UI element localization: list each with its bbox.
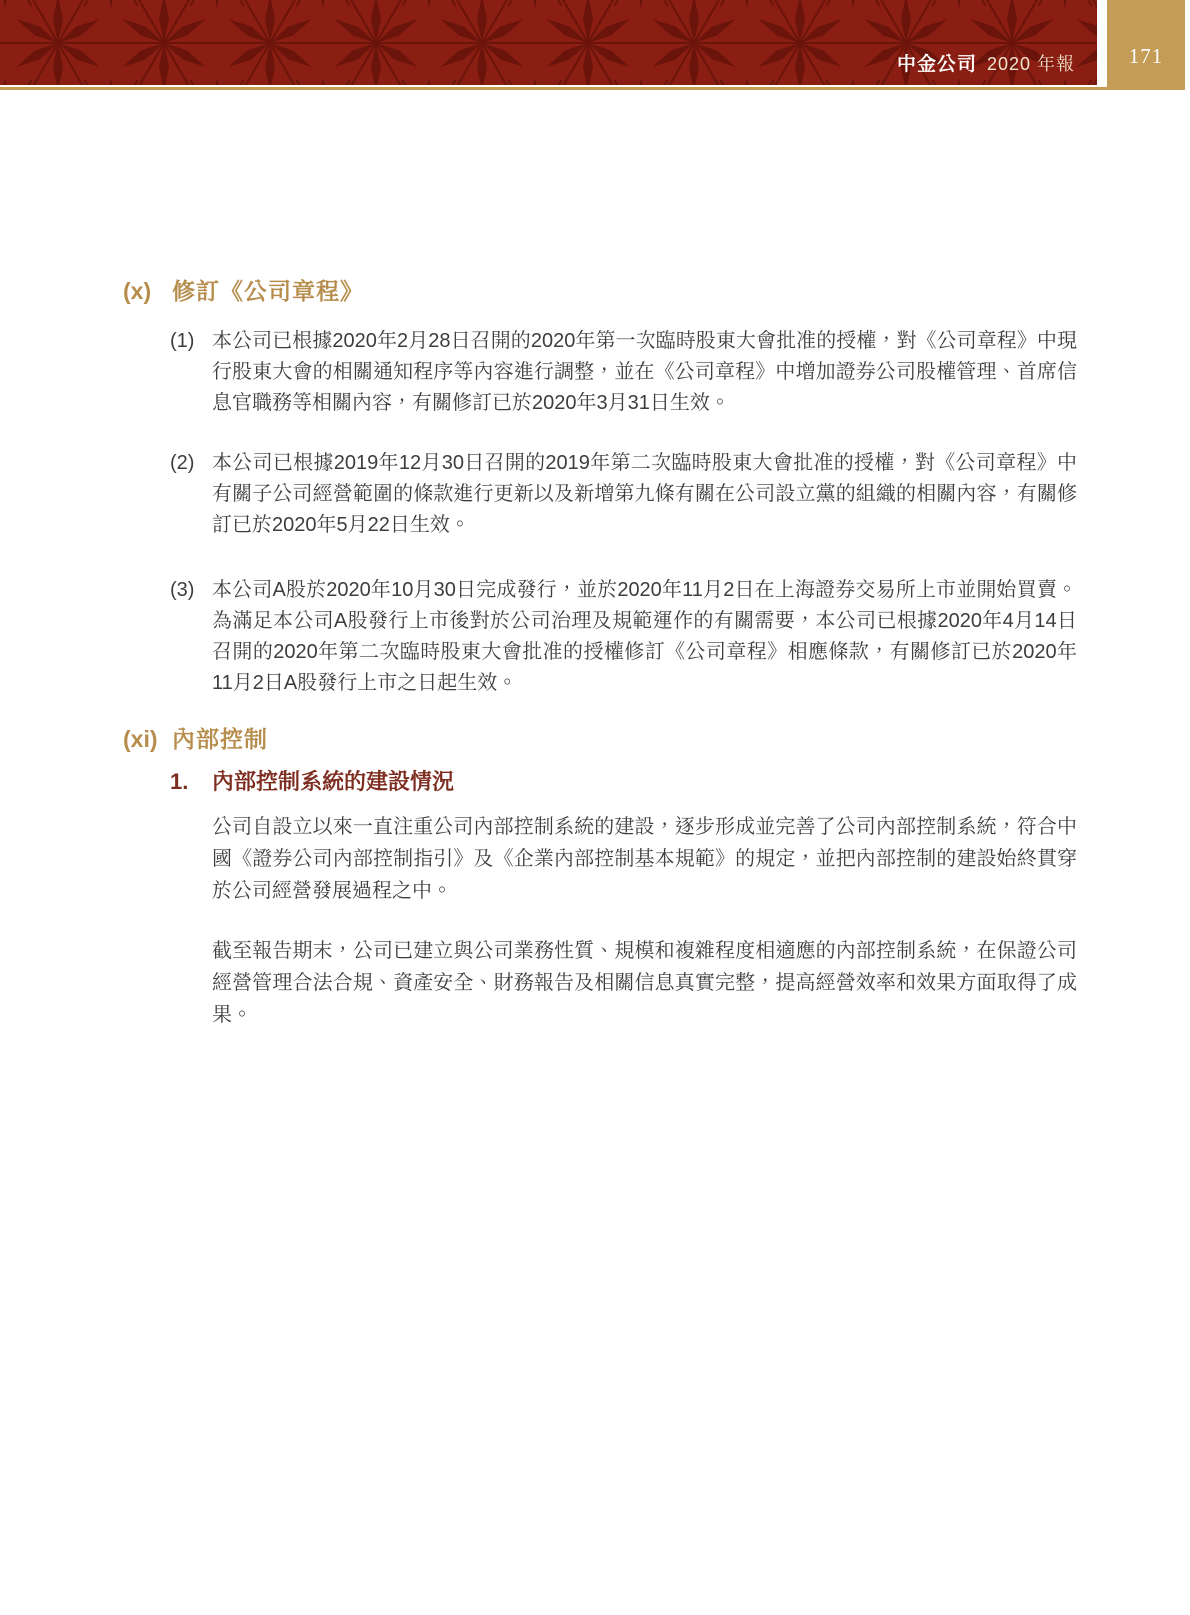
list-item-number: (3)	[170, 575, 212, 699]
subsection-heading: 1. 內部控制系統的建設情況	[170, 769, 454, 795]
subsection-title: 內部控制系統的建設情況	[212, 769, 454, 795]
page-header-banner: 中金公司 2020 年報	[0, 0, 1097, 85]
section-title: 內部控制	[172, 725, 268, 753]
section-label: (xi)	[123, 725, 172, 753]
page-number: 171	[1129, 44, 1164, 69]
page-number-box: 171	[1107, 0, 1185, 90]
report-year: 2020 年報	[987, 50, 1075, 76]
list-item-text: 本公司已根據2020年2月28日召開的2020年第一次臨時股東大會批准的授權，對…	[212, 326, 1077, 419]
subsection-number: 1.	[170, 769, 212, 795]
list-item-number: (2)	[170, 448, 212, 541]
list-item: (2) 本公司已根據2019年12月30日召開的2019年第二次臨時股東大會批准…	[170, 448, 1077, 541]
section-heading-xi: (xi) 內部控制	[123, 725, 268, 753]
list-item-text: 本公司已根據2019年12月30日召開的2019年第二次臨時股東大會批准的授權，…	[212, 448, 1077, 541]
company-name: 中金公司	[897, 49, 977, 76]
section-title: 修訂《公司章程》	[172, 277, 364, 305]
section-heading-x: (x) 修訂《公司章程》	[123, 277, 364, 305]
paragraph: 截至報告期末，公司已建立與公司業務性質、規模和複雜程度相適應的內部控制系統，在保…	[212, 935, 1077, 1031]
section-label: (x)	[123, 277, 172, 305]
list-item: (3) 本公司A股於2020年10月30日完成發行，並於2020年11月2日在上…	[170, 575, 1077, 699]
paragraph: 公司自設立以來一直注重公司內部控制系統的建設，逐步形成並完善了公司內部控制系統，…	[212, 811, 1077, 907]
banner-title: 中金公司 2020 年報	[897, 49, 1075, 76]
list-item: (1) 本公司已根據2020年2月28日召開的2020年第一次臨時股東大會批准的…	[170, 326, 1077, 419]
header-gold-rule	[0, 87, 1185, 90]
list-item-number: (1)	[170, 326, 212, 419]
list-item-text: 本公司A股於2020年10月30日完成發行，並於2020年11月2日在上海證券交…	[212, 575, 1077, 699]
